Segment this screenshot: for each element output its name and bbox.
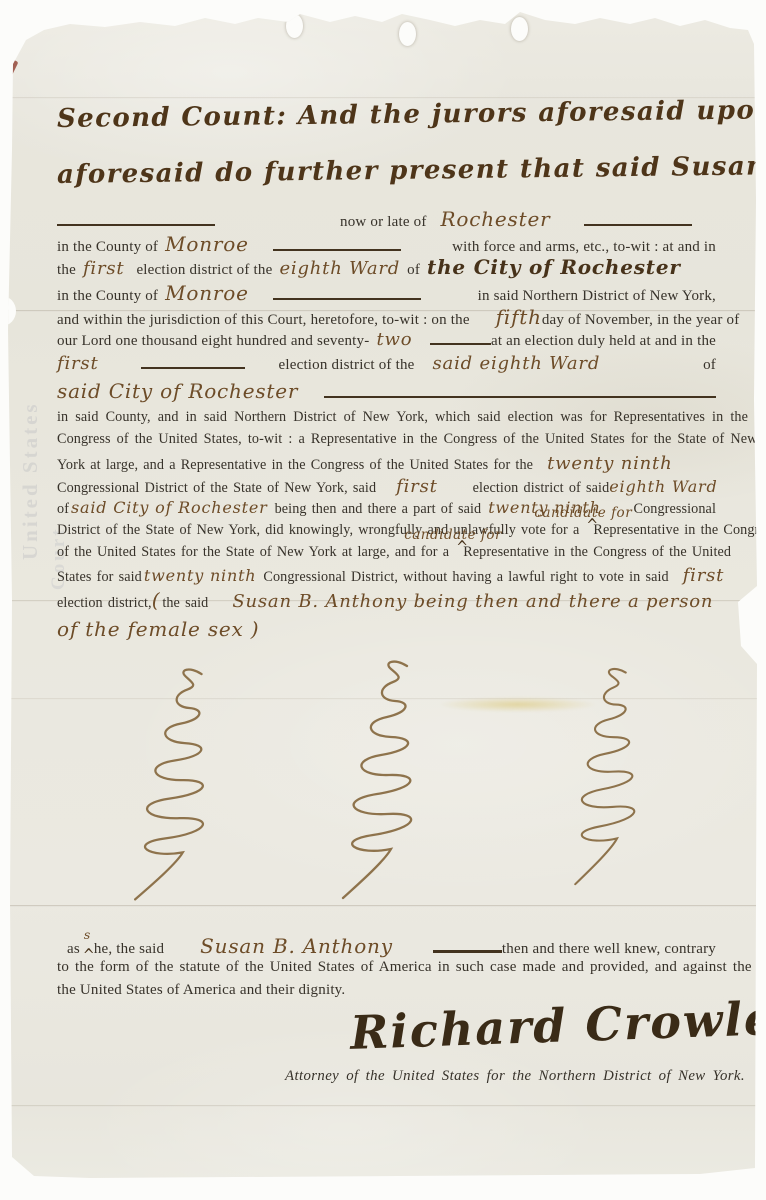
printed-text: as (67, 941, 80, 958)
body-line-7: of the United States for the State of Ne… (57, 543, 716, 561)
handwritten-text: two (376, 329, 412, 350)
punch-hole (511, 17, 528, 41)
printed-text: to the form of the statute of the United… (57, 959, 766, 976)
ink-rule (273, 296, 421, 300)
printed-text: at an election duly held at and in the (491, 333, 716, 350)
handwritten-text: Monroe (165, 232, 249, 256)
printed-text: of (407, 262, 420, 279)
printed-text: the United States of America and their d… (57, 982, 345, 999)
handwritten-text: first (83, 258, 125, 279)
form-line-4: in the County of Monroe in said Northern… (57, 281, 716, 305)
printed-text: day of November, in the year of (542, 312, 740, 329)
signature-title: Attorney of the United States for the No… (285, 1068, 745, 1085)
printed-text: Representative in the Congress (593, 522, 766, 539)
ink-rule (433, 948, 502, 953)
ink-squiggle (544, 662, 684, 892)
scanned-document: United States Court Second Count: And th… (0, 0, 766, 1200)
ink-rule (584, 222, 692, 226)
handwritten-text: Monroe (165, 281, 249, 305)
handwritten-text: first (396, 476, 438, 497)
printed-text: Congressional District, without having a… (263, 569, 668, 586)
printed-text: of (57, 501, 69, 518)
printed-text: of the United States for the State of Ne… (57, 544, 449, 561)
body-line-6: District of the State of New York, did k… (57, 521, 716, 539)
printed-text: the (57, 262, 76, 279)
printed-text: in said Northern District of New York, (478, 288, 716, 305)
ink-rule (57, 222, 215, 226)
printed-text: States for said (57, 569, 142, 586)
closing-line-2: to the form of the statute of the United… (57, 959, 716, 976)
handwritten-paren: ( (152, 588, 161, 612)
ink-rule (273, 247, 401, 251)
punch-hole (399, 22, 416, 46)
printed-text: and within the jurisdiction of this Cour… (57, 312, 470, 329)
printed-text: he, the said (94, 941, 164, 958)
inserted-correction: s ^ (87, 940, 92, 953)
form-line-3: the first election district of the eight… (57, 255, 716, 279)
ink-squiggle (102, 663, 264, 910)
caret-mark: ^ (456, 538, 468, 558)
signature: Richard Crowley (349, 990, 766, 1060)
printed-text: our Lord one thousand eight hundred and … (57, 333, 369, 350)
printed-text: Congress of the United States, to-wit : … (57, 431, 757, 448)
paper-sheet: United States Court Second Count: And th… (0, 0, 766, 1200)
printed-text: Congressional (634, 501, 716, 518)
printed-text: Congressional District of the State of N… (57, 480, 376, 497)
printed-text: of (703, 357, 716, 374)
caret-mark: ^ (586, 516, 598, 536)
handwritten-insertion: candidate for (534, 505, 632, 521)
printed-text: with force and arms, etc., to-wit : at a… (452, 239, 716, 256)
ink-squiggle (320, 656, 460, 906)
red-ink-mark (6, 60, 19, 78)
ink-rule (324, 394, 716, 398)
ink-rule (141, 365, 245, 369)
handwritten-text: first (683, 565, 725, 586)
opening-line-1: Second Count: And the jurors aforesaid u… (57, 96, 716, 134)
printed-text: being then and there a part of said (275, 501, 482, 518)
handwritten-text: the City of Rochester (427, 255, 681, 279)
fold-crease (8, 1105, 758, 1107)
handwritten-text: Rochester (441, 207, 551, 231)
body-line-1: in said County, and in said Northern Dis… (57, 409, 716, 426)
closing-line-1: as s ^ he, the said Susan B. Anthony the… (67, 934, 716, 958)
form-line-8: said City of Rochester (57, 379, 716, 403)
handwritten-text: Susan B. Anthony (200, 934, 393, 958)
printed-text: in the County of (57, 239, 158, 256)
body-line-8: States for said twenty ninth Congression… (57, 565, 716, 586)
form-line-6: our Lord one thousand eight hundred and … (57, 329, 716, 350)
handwritten-insertion: candidate for (404, 527, 502, 543)
printed-text: in said County, and in said Northern Dis… (57, 409, 748, 426)
handwritten-text: eighth Ward (279, 258, 400, 279)
body-line-10: of the female sex ) (57, 617, 716, 641)
handwritten-text: eighth Ward (609, 477, 717, 496)
body-line-2: Congress of the United States, to-wit : … (57, 431, 716, 448)
form-line-1: now or late of Rochester (57, 207, 716, 231)
handwritten-text: twenty ninth (144, 566, 257, 585)
printed-text: then and there well knew, contrary (502, 941, 716, 958)
form-line-5: and within the jurisdiction of this Cour… (57, 305, 716, 329)
printed-text: election district of the (136, 262, 272, 279)
handwritten-text: said eighth Ward (433, 353, 601, 374)
ink-rule (430, 341, 491, 345)
printed-text: election district of the (279, 357, 415, 374)
form-line-7: first election district of the said eigh… (57, 353, 716, 374)
form-line-2: in the County of Monroe with force and a… (57, 232, 716, 256)
body-line-3: York at large, and a Representative in t… (57, 453, 716, 474)
opening-line-2: aforesaid do further present that said S… (57, 152, 716, 190)
printed-text: York at large, and a Representative in t… (57, 457, 533, 474)
printed-text: Representative in the Congress of the Un… (463, 544, 731, 561)
printed-text: election district of said (473, 480, 610, 497)
handwritten-text: aforesaid do further present that said S… (57, 149, 766, 190)
handwritten-text: Susan B. Anthony being then and there a … (232, 591, 713, 612)
printed-text: now or late of (340, 214, 427, 231)
handwritten-text: twenty ninth (547, 453, 672, 474)
handwritten-text: said City of Rochester (71, 498, 268, 517)
handwritten-insertion: s (84, 927, 91, 942)
edge-tear (0, 296, 16, 326)
bleedthrough-text: United States (18, 401, 43, 560)
printed-text: in the County of (57, 288, 158, 305)
handwritten-text: Second Count: And the jurors aforesaid u… (57, 93, 766, 134)
printed-text: election district, (57, 595, 152, 612)
body-line-9: election district, ( the said Susan B. A… (57, 588, 716, 612)
punch-hole (286, 14, 303, 38)
handwritten-text: fifth (496, 305, 542, 329)
body-line-4: Congressional District of the State of N… (57, 476, 716, 497)
handwritten-text: first (57, 353, 99, 374)
handwritten-text: said City of Rochester (57, 379, 298, 403)
handwritten-text: of the female sex ) (57, 617, 259, 641)
printed-text: the said (162, 595, 208, 612)
